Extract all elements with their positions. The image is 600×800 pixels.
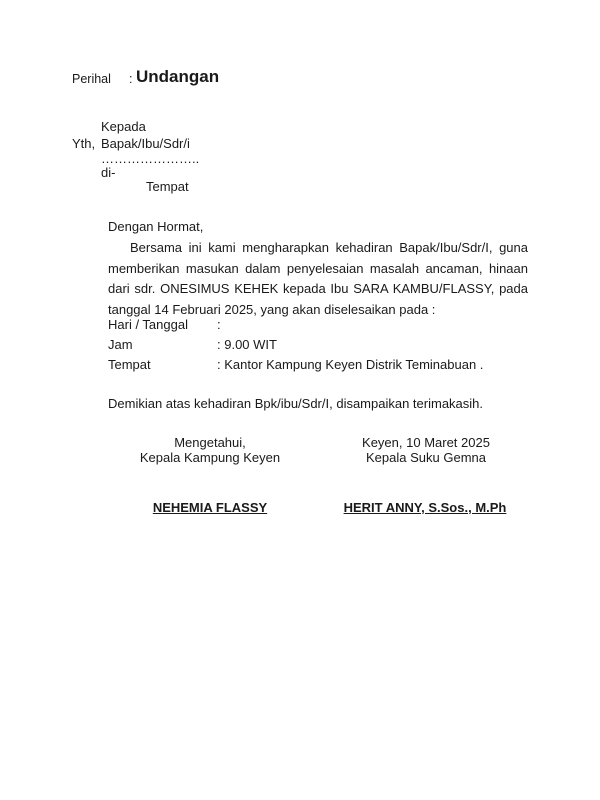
detail-value: : 9.00 WIT bbox=[217, 337, 277, 352]
address-dots: ………………….. bbox=[101, 151, 199, 166]
address-kepada: Kepada bbox=[101, 119, 146, 134]
detail-value: : bbox=[217, 317, 221, 332]
closing-sentence: Demikian atas kehadiran Bpk/ibu/Sdr/I, d… bbox=[108, 396, 483, 411]
signatory-name-left: NEHEMIA FLASSY bbox=[100, 500, 320, 515]
signature-block-right: Keyen, 10 Maret 2025 Kepala Suku Gemna bbox=[326, 435, 526, 465]
detail-value: : Kantor Kampung Keyen Distrik Teminabua… bbox=[217, 357, 483, 372]
signature-block-left: Mengetahui, Kepala Kampung Keyen bbox=[110, 435, 310, 465]
salutation: Dengan Hormat, bbox=[108, 219, 203, 234]
address-yth: Yth, bbox=[72, 136, 95, 151]
signature-right-line1: Keyen, 10 Maret 2025 bbox=[326, 435, 526, 450]
address-di: di- bbox=[101, 165, 115, 180]
detail-label: Hari / Tanggal bbox=[108, 317, 188, 332]
detail-label: Tempat bbox=[108, 357, 151, 372]
perihal-subject: Undangan bbox=[136, 67, 219, 87]
address-recipient: Bapak/Ibu/Sdr/i bbox=[101, 136, 190, 151]
address-tempat: Tempat bbox=[146, 179, 189, 194]
signatory-name-right: HERIT ANNY, S.Sos., M.Ph bbox=[315, 500, 535, 515]
body-paragraph: Bersama ini kami mengharapkan kehadiran … bbox=[108, 238, 528, 320]
signature-right-line2: Kepala Suku Gemna bbox=[326, 450, 526, 465]
body-paragraph-text: Bersama ini kami mengharapkan kehadiran … bbox=[108, 240, 528, 317]
detail-label: Jam bbox=[108, 337, 133, 352]
perihal-label: Perihal bbox=[72, 72, 111, 86]
signature-left-line2: Kepala Kampung Keyen bbox=[110, 450, 310, 465]
signature-left-line1: Mengetahui, bbox=[110, 435, 310, 450]
perihal-colon: : bbox=[129, 72, 132, 86]
